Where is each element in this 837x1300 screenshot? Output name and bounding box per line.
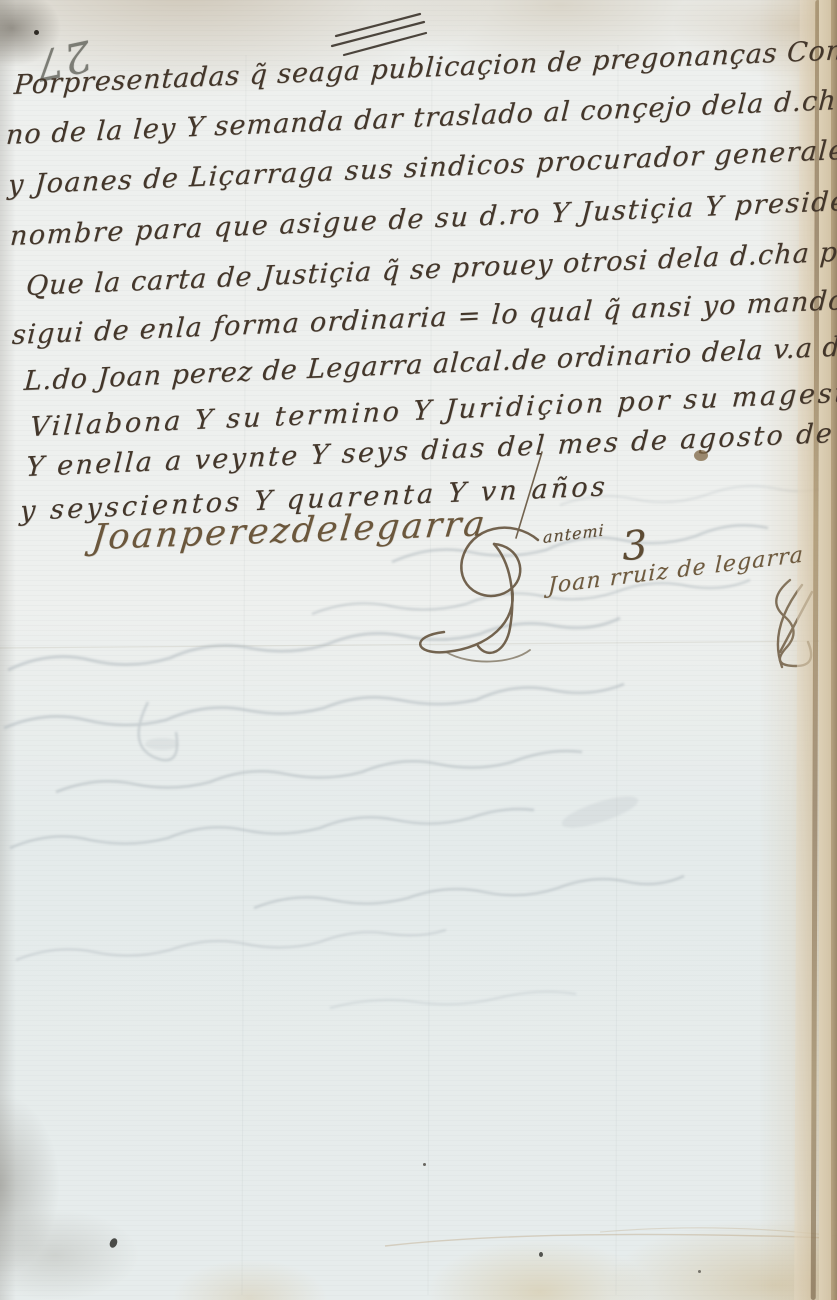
ink-speck (539, 1252, 543, 1257)
ink-speck (423, 1163, 426, 1166)
ink-speck (698, 1270, 701, 1273)
attestation-ante-mi: antemi (543, 520, 605, 547)
ink-speck (34, 30, 39, 35)
ink-stain (694, 450, 708, 461)
ink-speck (108, 1237, 119, 1249)
fold-crease (0, 641, 837, 648)
manuscript-page: 27 Porpresentadas q̃ seaga publicaçion d… (0, 0, 837, 1300)
reference-mark-icon (332, 14, 426, 55)
